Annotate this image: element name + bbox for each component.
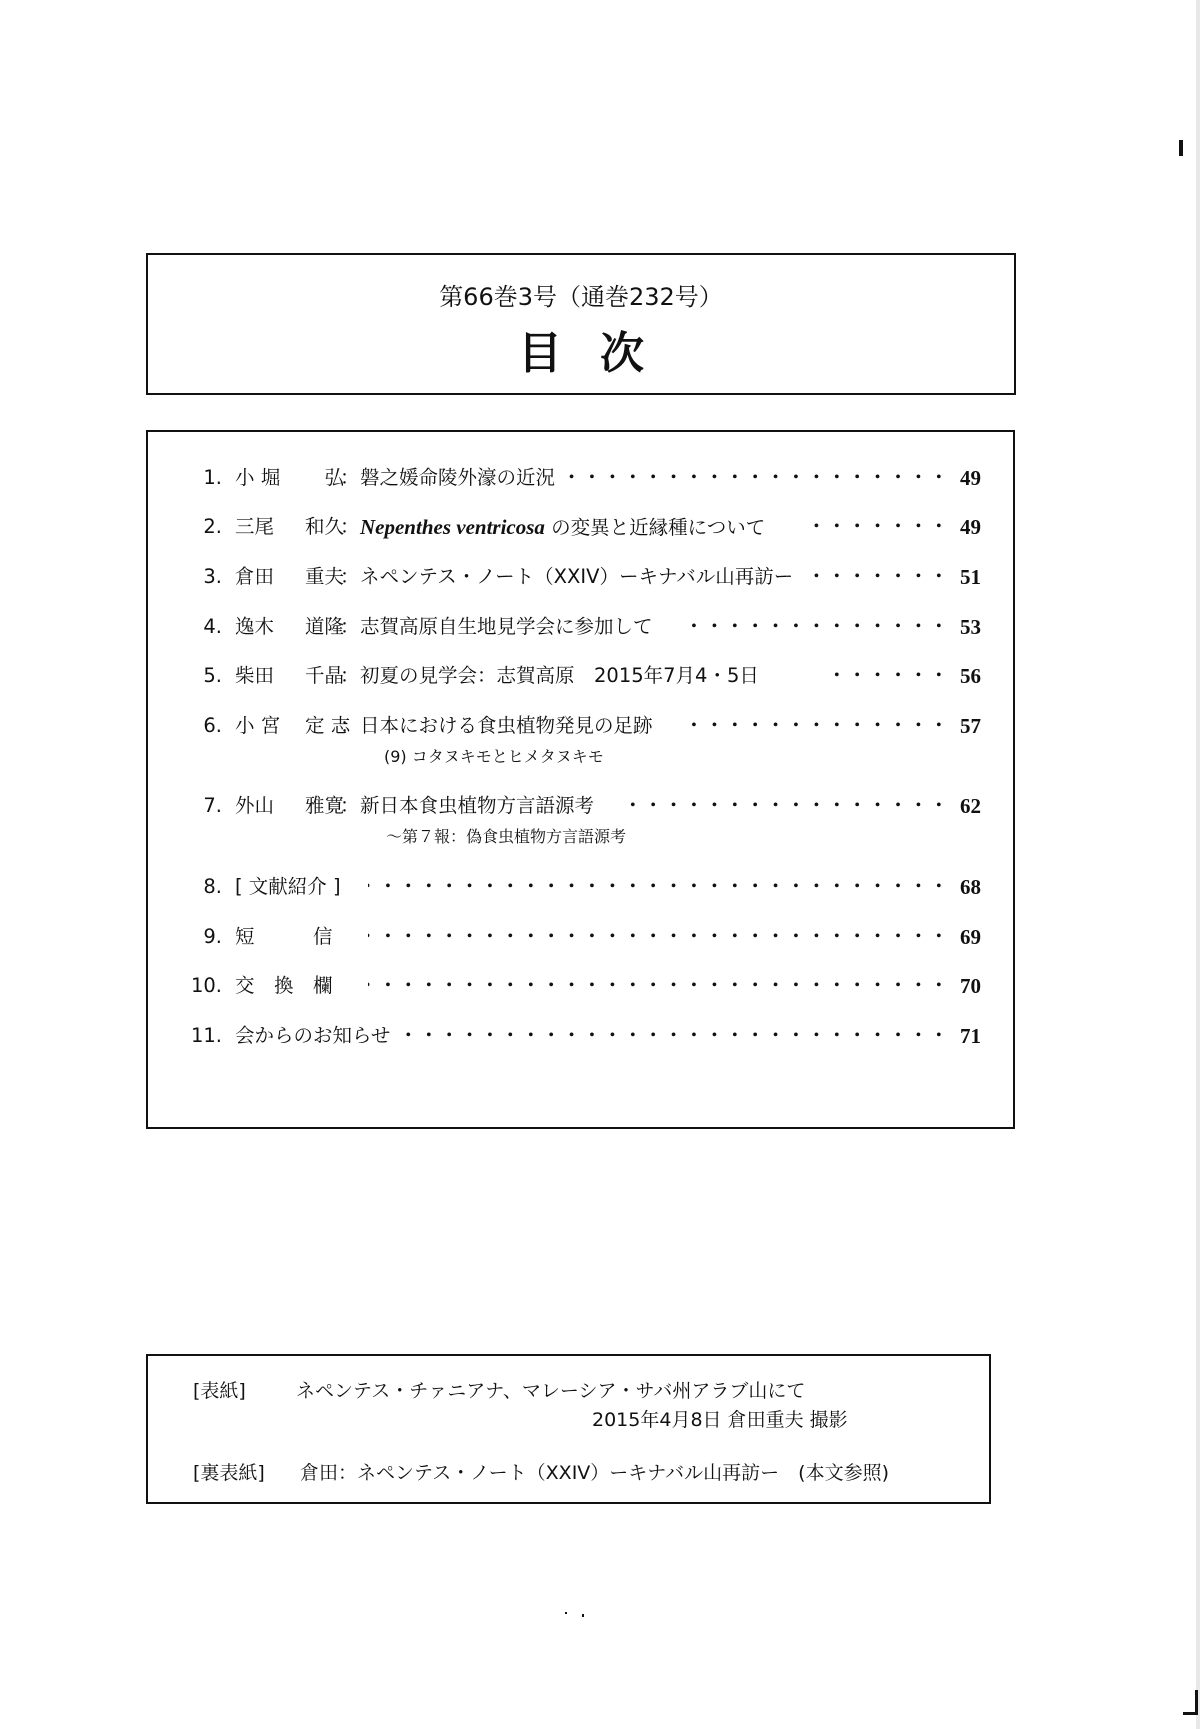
entry-number: 5. [203, 661, 222, 691]
scan-corner-mark [1195, 1690, 1198, 1715]
toc-entry-8[interactable]: 8. • • • • • • • • • • • • • • • • • • •… [148, 872, 1017, 902]
entry-title: Nepenthes ventricosa の変異と近縁種について [360, 512, 773, 543]
toc-entry-10[interactable]: 10. • • • • • • • • • • • • • • • • • • … [148, 971, 1017, 1001]
entry-title: [ 文献紹介 ] [235, 872, 349, 902]
author-family-name: 三尾 [235, 512, 274, 542]
dot-leader: • • • • • • • • • • • • • • • • • • • • … [528, 463, 947, 493]
author-given-name: 千晶 [305, 661, 344, 691]
entry-page-number: 53 [960, 612, 981, 642]
entry-number: 3. [203, 562, 222, 592]
entry-number: 4. [203, 612, 222, 642]
entry-number: 10. [191, 971, 222, 1001]
author-family-name: 小 宮 [235, 711, 280, 741]
back-cover-label: [裏表紙] [193, 1458, 265, 1485]
entry-title: 会からのお知らせ [235, 1021, 398, 1051]
toc-entry-9[interactable]: 9. • • • • • • • • • • • • • • • • • • •… [148, 922, 1017, 952]
dot-leader: • • • • • • • • • • • • • • • • • • • • … [368, 971, 947, 1001]
colon-separator: ： [340, 791, 360, 821]
scan-dot [565, 1612, 567, 1614]
entry-number: 11. [191, 1021, 222, 1051]
scan-edge [1196, 0, 1200, 1729]
cover-caption-box: [表紙] ネペンテス・チァニアナ、マレーシア・サバ州アラブ山にて 2015年4月… [146, 1354, 991, 1504]
entry-page-number: 70 [960, 971, 981, 1001]
page-title: 目次 [148, 317, 1014, 381]
entry-page-number: 57 [960, 711, 981, 741]
issue-number: 第66巻3号（通巻232号） [148, 277, 1014, 312]
toc-entry-11[interactable]: 11. • • • • • • • • • • • • • • • • • • … [148, 1021, 1017, 1051]
front-cover-label: [表紙] [193, 1376, 246, 1403]
entry-number: 9. [203, 922, 222, 952]
entry-page-number: 71 [960, 1021, 981, 1051]
entry-title: 新日本食虫植物方言語源考 [360, 791, 602, 821]
entry-page-number: 69 [960, 922, 981, 952]
entry-number: 7. [203, 791, 222, 821]
entry-page-number: 51 [960, 562, 981, 592]
entry-number: 8. [203, 872, 222, 902]
toc-entry-6[interactable]: 6. 小 宮 定 志 ： • • • • • • • • • • • • • •… [148, 711, 1017, 741]
dot-leader: • • • • • • • • • • • • • • • • • • • • … [688, 711, 947, 741]
dot-leader: • • • • • • • • • • • • • • • • • • • • … [688, 612, 947, 642]
entry-number: 6. [203, 711, 222, 741]
toc-entry-5[interactable]: 5. 柴田 千晶 ： • • • • • • • • • • • • • • •… [148, 661, 1017, 691]
front-cover-credit: 2015年4月8日 倉田重夫 撮影 [592, 1405, 848, 1432]
entry-subtitle: (9) コタヌキモとヒメタヌキモ [384, 744, 604, 767]
entry-title: 日本における食虫植物発見の足跡 [360, 711, 661, 741]
entry-title: 磐之媛命陵外濠の近況 [360, 463, 563, 493]
author-family-name: 倉田 [235, 562, 274, 592]
author-given-name: 道隆 [305, 612, 344, 642]
author-given-name: 和久 [305, 512, 344, 542]
dot-leader: • • • • • • • • • • • • • • • • • • • • … [403, 1021, 947, 1051]
entry-page-number: 49 [960, 463, 981, 493]
entry-page-number: 68 [960, 872, 981, 902]
author-family-name: 小 堀 [235, 463, 280, 493]
dot-leader: • • • • • • • • • • • • • • • • • • • • … [798, 512, 947, 542]
colon-separator: ： [340, 711, 360, 741]
toc-entry-1[interactable]: 1. 小 堀 弘 ： • • • • • • • • • • • • • • •… [148, 463, 1017, 493]
entry-number: 2. [203, 512, 222, 542]
entry-title: 短 信 [235, 922, 341, 952]
toc-entry-3[interactable]: 3. 倉田 重夫 ： • • • • • • • • • • • • • • •… [148, 562, 1017, 592]
entry-title: ネペンテス・ノート（XXIV）ーキナバル山再訪ー [360, 562, 801, 592]
colon-separator: ： [340, 463, 360, 493]
author-given-name: 重夫 [305, 562, 344, 592]
colon-separator: ： [340, 661, 360, 691]
dot-leader: • • • • • • • • • • • • • • • • • • • • … [828, 661, 947, 691]
dot-leader: • • • • • • • • • • • • • • • • • • • • … [368, 922, 947, 952]
toc-entry-4[interactable]: 4. 逸木 道隆 ： • • • • • • • • • • • • • • •… [148, 612, 1017, 642]
entry-title: 交 換 欄 [235, 971, 341, 1001]
entry-title: 初夏の見学会：志賀高原 2015年7月4・5日 [360, 661, 767, 691]
scan-mark [1179, 140, 1183, 156]
dot-leader: • • • • • • • • • • • • • • • • • • • • … [618, 791, 947, 821]
colon-separator: ： [340, 612, 360, 642]
dot-leader: • • • • • • • • • • • • • • • • • • • • … [808, 562, 947, 592]
author-given-name: 雅寛 [305, 791, 344, 821]
volume-header-box: 第66巻3号（通巻232号） 目次 [146, 253, 1016, 395]
colon-separator: ： [340, 512, 360, 542]
toc-entry-7[interactable]: 7. 外山 雅寛 ： • • • • • • • • • • • • • • •… [148, 791, 1017, 821]
scan-dot [582, 1614, 584, 1617]
table-of-contents: 1. 小 堀 弘 ： • • • • • • • • • • • • • • •… [146, 430, 1015, 1129]
entry-subtitle: ～第７報：偽食虫植物方言語源考 [386, 824, 626, 847]
entry-page-number: 49 [960, 512, 981, 542]
toc-entry-2[interactable]: 2. 三尾 和久 ： • • • • • • • • • • • • • • •… [148, 512, 1017, 542]
entry-number: 1. [203, 463, 222, 493]
entry-page-number: 62 [960, 791, 981, 821]
front-cover-caption: ネペンテス・チァニアナ、マレーシア・サバ州アラブ山にて [296, 1376, 805, 1403]
species-name: Nepenthes ventricosa [360, 515, 545, 539]
dot-leader: • • • • • • • • • • • • • • • • • • • • … [368, 872, 947, 902]
author-family-name: 外山 [235, 791, 274, 821]
author-family-name: 逸木 [235, 612, 274, 642]
author-family-name: 柴田 [235, 661, 274, 691]
entry-page-number: 56 [960, 661, 981, 691]
entry-title: 志賀高原自生地見学会に参加して [360, 612, 661, 642]
entry-title-rest: の変異と近縁種について [551, 516, 765, 539]
colon-separator: ： [340, 562, 360, 592]
back-cover-caption: 倉田：ネペンテス・ノート（XXIV）ーキナバル山再訪ー (本文参照) [300, 1458, 889, 1485]
author-given-name: 弘 [305, 463, 344, 493]
